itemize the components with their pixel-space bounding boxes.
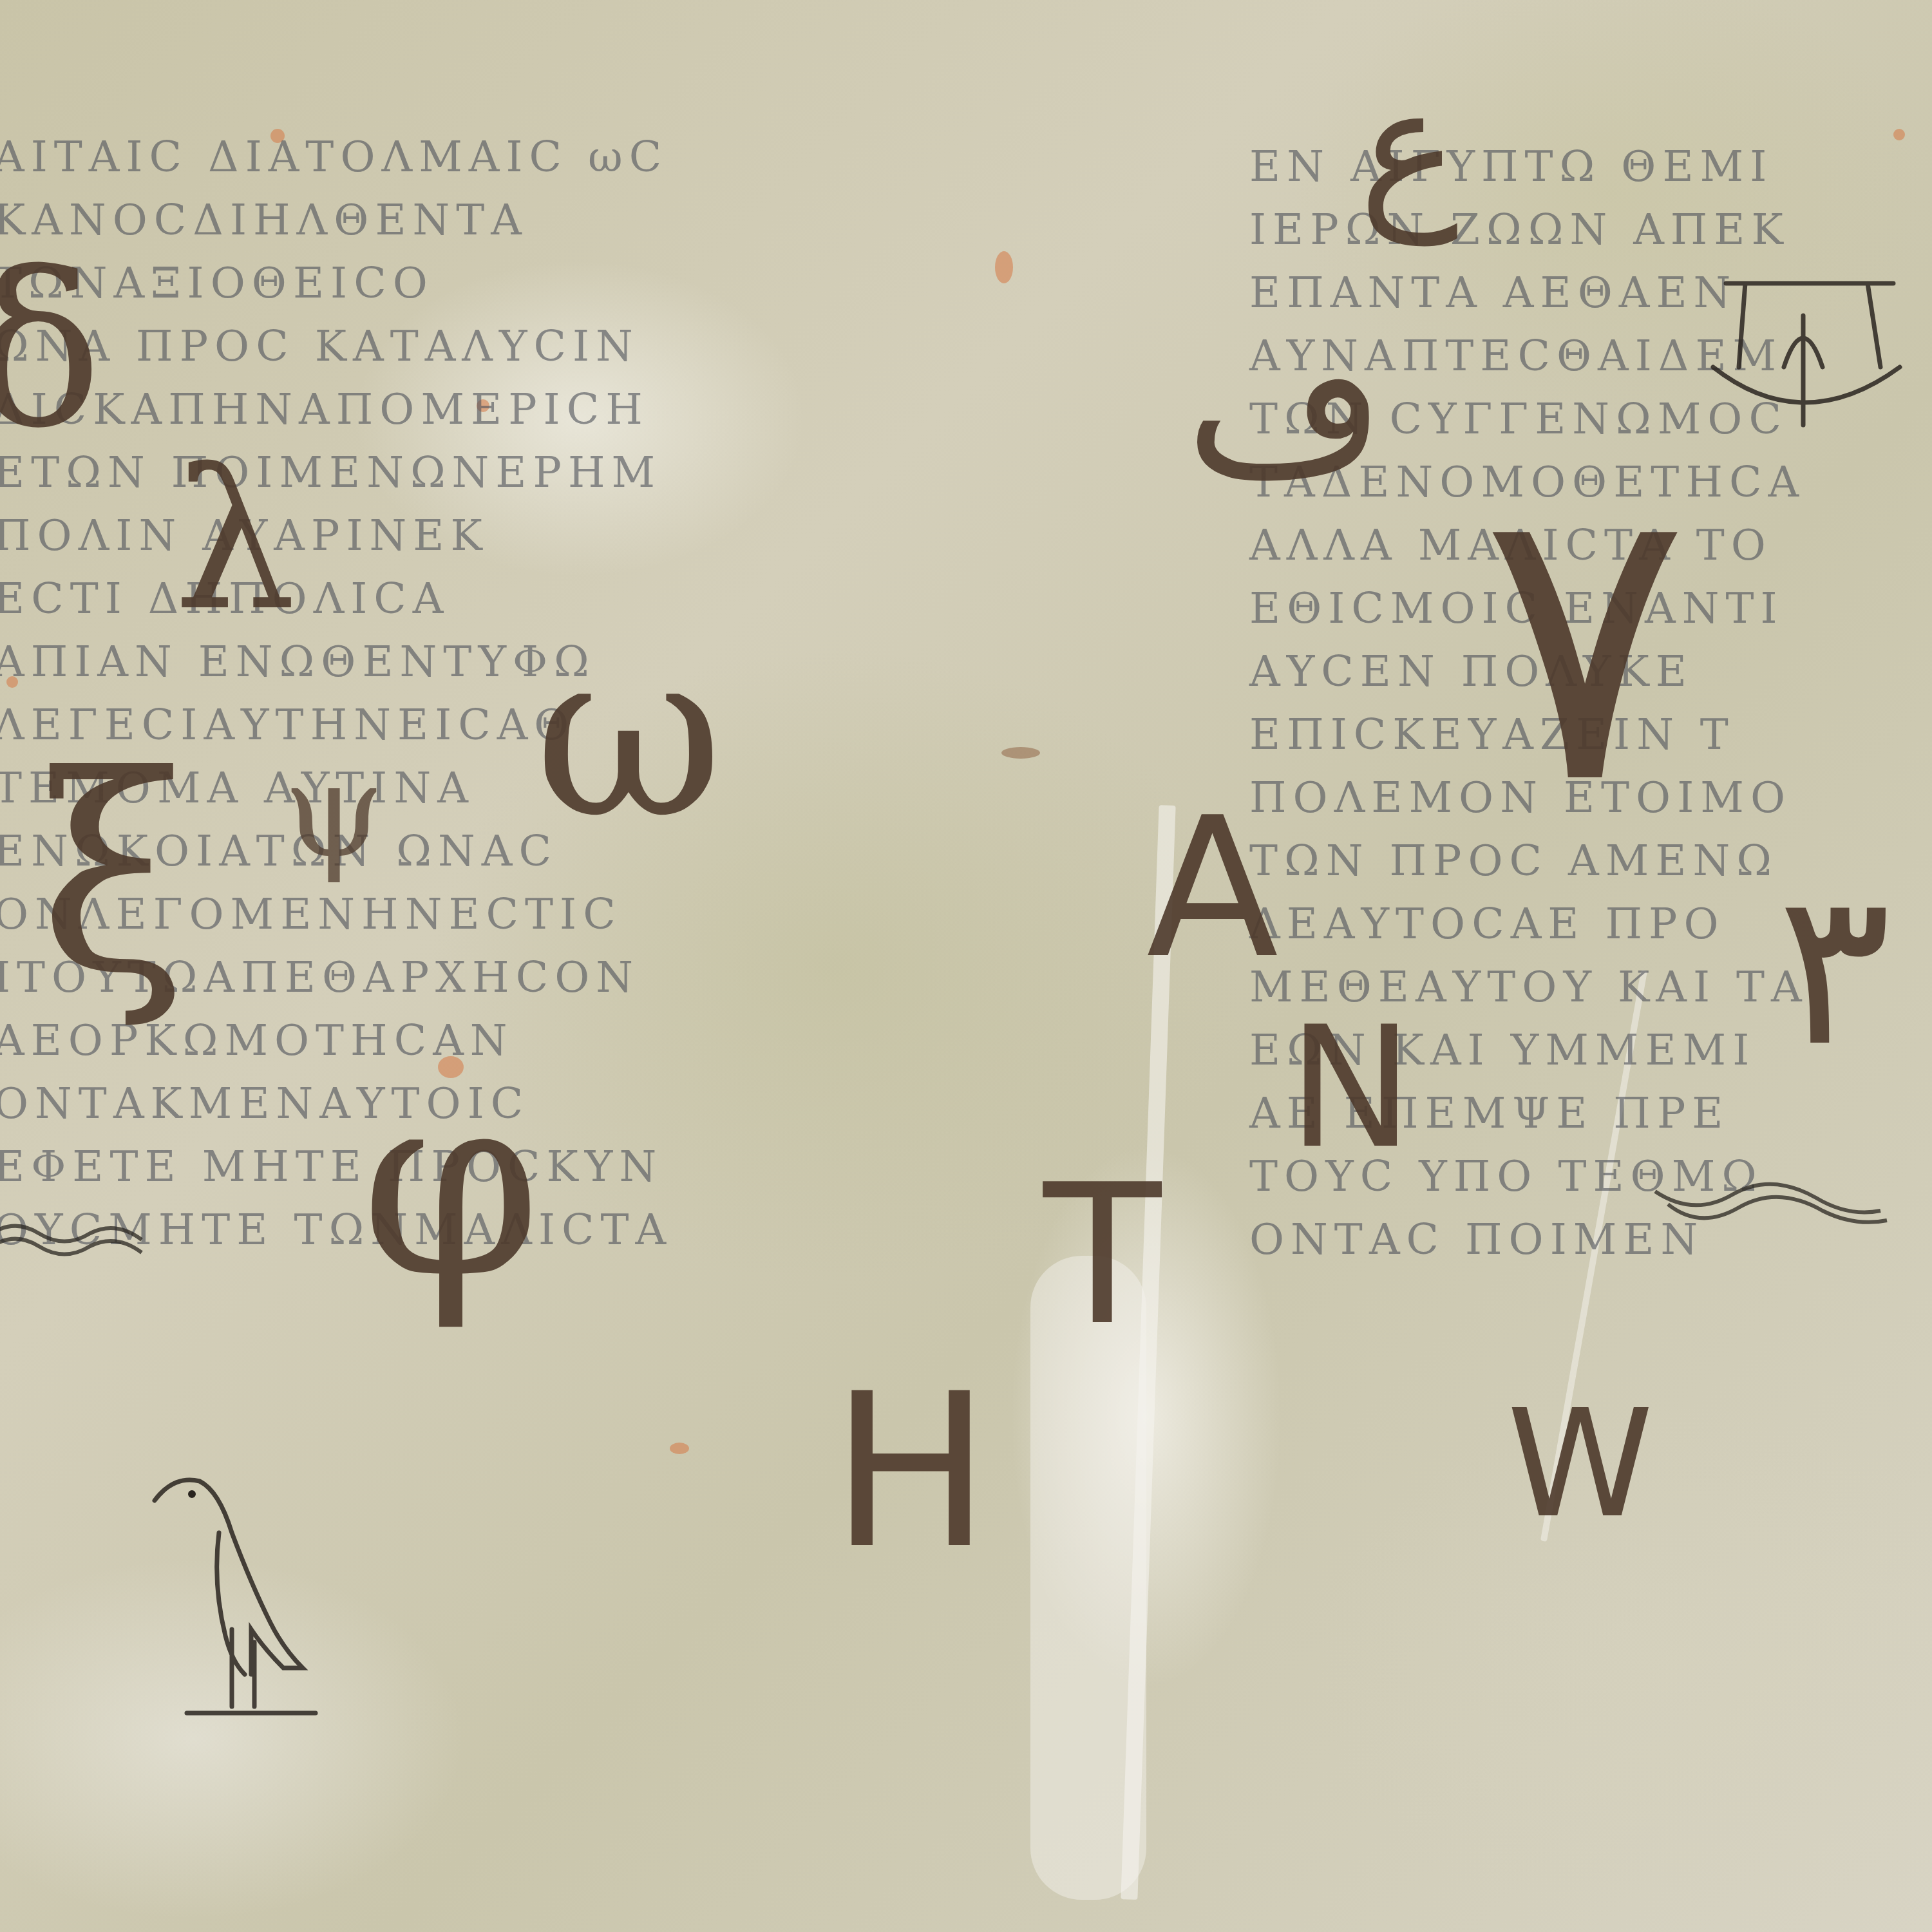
rust-stain	[670, 1443, 689, 1454]
letter-t-glyph: Τ	[1043, 1159, 1161, 1352]
text-line: ΑΙΤΑΙC ΔΙΑΤΟΛΜΑΙC ωC	[0, 126, 672, 189]
greek-xi-glyph: ξ	[39, 741, 187, 1011]
greek-psi-glyph: ψ	[283, 747, 384, 876]
rust-stain	[1893, 129, 1905, 140]
letter-h-glyph: Η	[831, 1365, 990, 1578]
letter-n-glyph: Ν	[1288, 1005, 1414, 1172]
arabic-glyph-9: ڡ	[1185, 309, 1385, 502]
greek-omega-glyph: ω	[535, 618, 724, 850]
rust-stain	[1001, 747, 1040, 759]
vessel-hieroglyph-icon	[1700, 270, 1913, 438]
greek-delta-glyph: δ	[0, 245, 102, 457]
letter-a-glyph: Α	[1146, 792, 1278, 985]
text-line: ΙΕΡΩΝ ΖΩΩΝ ΑΠΕΚ	[1249, 198, 1808, 261]
text-line: ΕΝ ΑΙΓΥΠΤΩ ΘΕΜΙ	[1249, 135, 1808, 198]
bird-hieroglyph-icon	[142, 1455, 361, 1726]
water-ripple-icon	[0, 1211, 155, 1269]
text-line: ΛΕΑΥΤΟCΑΕ ΠΡΟ	[1249, 893, 1808, 956]
parchment-background: ΑΙΤΑΙC ΔΙΑΤΟΛΜΑΙC ωC ΚΑΝΟCΔΙΗΛΘΕΝΤΑ ΤΩΝΑ…	[0, 0, 1932, 1932]
arabic-ain-glyph: ع	[1359, 64, 1459, 232]
arabic-numeral-7-glyph: ٧	[1481, 451, 1689, 837]
text-line: ΟΝΤΑΚΜΕΝΑΥΤΟΙC	[0, 1072, 672, 1135]
greek-lambda-glyph: λ	[174, 444, 296, 638]
text-line: ΕΦΕΤΕ ΜΗΤΕ ΠΡΟCΚΥΝ	[0, 1135, 672, 1198]
water-ripple-icon	[1649, 1166, 1893, 1236]
letter-w-glyph: W	[1507, 1391, 1653, 1539]
text-line: ΠΟΛΙΝ ΑΥΑΡΙΝΕΚ	[0, 504, 672, 567]
greek-phi-glyph: φ	[361, 1056, 541, 1314]
rust-stain	[995, 251, 1013, 283]
arabic-numeral-3-glyph: ٣	[1777, 863, 1891, 1075]
